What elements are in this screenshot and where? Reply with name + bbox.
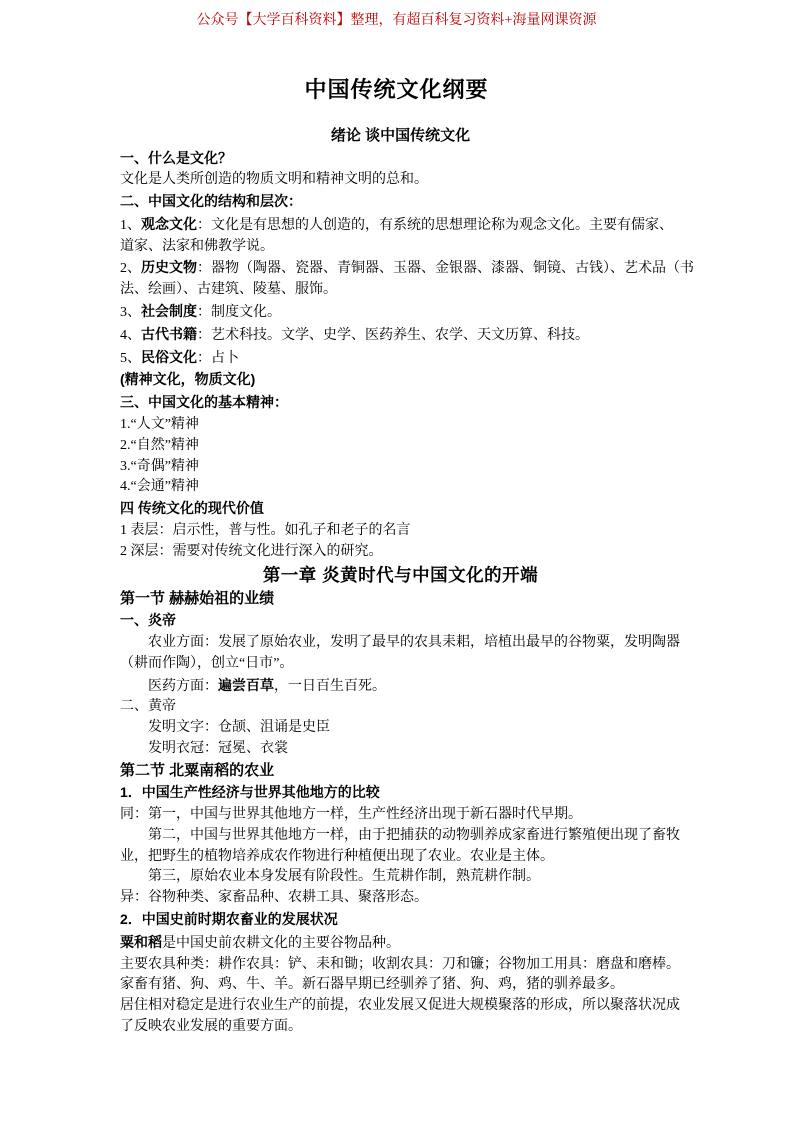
- doc-line: 第一章 炎黄时代与中国文化的开端: [120, 563, 681, 588]
- doc-line: 2.“自然”精神: [120, 436, 681, 457]
- doc-text: 3.“奇偶”精神: [120, 459, 199, 474]
- doc-text: ：制度文化。: [197, 305, 281, 320]
- doc-line: 法、绘画）、古建筑、陵墓、服饰。: [120, 280, 681, 301]
- doc-line: 5、民俗文化：占卜: [120, 347, 681, 370]
- doc-line: 发明文字：仓颉、沮诵是史臣: [120, 718, 681, 739]
- doc-text-bold: 第二节 北粟南稻的农业: [120, 762, 274, 779]
- doc-text: 4、: [120, 328, 141, 343]
- doc-line: 主要农具种类：耕作农具：铲、耒和锄；收割农具：刀和镰；谷物加工用具：磨盘和磨棒。: [120, 955, 681, 976]
- doc-text: ：文化是有思想的人创造的，有系统的思想理论称为观念文化。主要有儒家、: [197, 218, 673, 233]
- doc-text-bold: 第一节 赫赫始祖的业绩: [120, 590, 274, 607]
- doc-line: 1.“人文”精神: [120, 415, 681, 436]
- doc-line: 3、社会制度：制度文化。: [120, 301, 681, 324]
- doc-line: 1 表层：启示性，普与性。如孔子和老子的名言: [120, 521, 681, 542]
- doc-text: （耕而作陶），创立“日市”。: [120, 656, 293, 671]
- doc-line: 三、中国文化的基本精神：: [120, 392, 681, 415]
- doc-text-bold: 社会制度: [141, 303, 197, 319]
- doc-line: 二、中国文化的结构和层次：: [120, 191, 681, 214]
- doc-text-bold: 四 传统文化的现代价值: [120, 500, 264, 516]
- doc-text-bold: 一、炎帝: [120, 612, 176, 628]
- doc-text: 发明文字：仓颉、沮诵是史臣: [148, 720, 330, 735]
- doc-text: 是中国史前农耕文化的主要谷物品种。: [162, 936, 400, 951]
- doc-text: 业，把野生的植物培养成农作物进行种植便出现了农业。农业是主体。: [120, 849, 554, 864]
- doc-text: 家畜有猪、狗、鸡、牛、羊。新石器早期已经驯养了猪、狗、鸡，猪的驯养最多。: [120, 977, 624, 992]
- doc-text: 异：谷物种类、家畜品种、农耕工具、聚落形态。: [120, 890, 428, 905]
- doc-text: 二、黄帝: [120, 699, 176, 714]
- doc-text-bold: 三、中国文化的基本精神：: [120, 394, 288, 410]
- doc-line: (精神文化，物质文化): [120, 369, 681, 392]
- doc-text-bold: 民俗文化: [141, 349, 197, 365]
- doc-text: 2.“自然”精神: [120, 438, 199, 453]
- doc-line: 4.“会通”精神: [120, 477, 681, 498]
- doc-line: 农业方面：发展了原始农业，发明了最早的农具耒耜，培植出最早的谷物粟，发明陶器: [120, 633, 681, 654]
- doc-line: 业，把野生的植物培养成农作物进行种植便出现了农业。农业是主体。: [120, 847, 681, 868]
- doc-line: 二、黄帝: [120, 697, 681, 718]
- doc-text: 1 表层：启示性，普与性。如孔子和老子的名言: [120, 523, 411, 538]
- doc-text: 第二，中国与世界其他地方一样，由于把捕获的动物驯养成家畜进行繁殖便出现了畜牧: [148, 828, 680, 843]
- doc-text: 居住相对稳定是进行农业生产的前提，农业发展又促进大规模聚落的形成，所以聚落状况成: [120, 998, 680, 1013]
- doc-line: 4、古代书籍：艺术科技。文学、史学、医药养生、农学、天文历算、科技。: [120, 324, 681, 347]
- doc-text: 法、绘画）、古建筑、陵墓、服饰。: [120, 282, 337, 297]
- doc-text: 主要农具种类：耕作农具：铲、耒和锄；收割农具：刀和镰；谷物加工用具：磨盘和磨棒。: [120, 957, 680, 972]
- doc-line: 居住相对稳定是进行农业生产的前提，农业发展又促进大规模聚落的形成，所以聚落状况成: [120, 996, 681, 1017]
- doc-text-bold: 第一章 炎黄时代与中国文化的开端: [263, 565, 538, 585]
- doc-line: 绪论 谈中国传统文化: [120, 125, 681, 148]
- doc-text: 1.“人文”精神: [120, 417, 199, 432]
- doc-text: 文化是人类所创造的物质文明和精神文明的总和。: [120, 172, 428, 187]
- doc-line: 文化是人类所创造的物质文明和精神文明的总和。: [120, 170, 681, 191]
- doc-line: 了反映农业发展的重要方面。: [120, 1017, 681, 1038]
- doc-text: 道家、法家和佛教学说。: [120, 239, 274, 254]
- doc-text: ：占卜: [197, 351, 239, 366]
- doc-text-bold: 2．中国史前时期农畜业的发展状况: [120, 911, 338, 927]
- doc-line: 发明衣冠：冠冕、衣裳: [120, 739, 681, 760]
- doc-line: 第三，原始农业本身发展有阶段性。生荒耕作制，熟荒耕作制。: [120, 867, 681, 888]
- doc-line: 异：谷物种类、家畜品种、农耕工具、聚落形态。: [120, 888, 681, 909]
- doc-text: 了反映农业发展的重要方面。: [120, 1019, 302, 1034]
- doc-text: 第三，原始农业本身发展有阶段性。生荒耕作制，熟荒耕作制。: [148, 869, 540, 884]
- doc-text-bold: 粟和稻: [120, 934, 162, 950]
- doc-text: 2、: [120, 261, 141, 276]
- doc-line: 2、历史文物：器物（陶器、瓷器、青铜器、玉器、金银器、漆器、铜镜、古钱）、艺术品…: [120, 257, 681, 280]
- doc-line: 一、什么是文化？: [120, 148, 681, 171]
- doc-text: ：艺术科技。文学、史学、医药养生、农学、天文历算、科技。: [197, 328, 589, 343]
- doc-text-bold: 绪论 谈中国传统文化: [331, 127, 470, 144]
- doc-line: 医药方面：遍尝百草，一日百生百死。: [120, 675, 681, 698]
- doc-line: 一、炎帝: [120, 610, 681, 633]
- doc-text: 4.“会通”精神: [120, 479, 199, 494]
- doc-text-bold: 古代书籍: [141, 326, 197, 342]
- doc-text: ，一日百生百死。: [274, 679, 386, 694]
- doc-line: 第一节 赫赫始祖的业绩: [120, 588, 681, 611]
- doc-line: 第二节 北粟南稻的农业: [120, 760, 681, 783]
- doc-line: 2 深层：需要对传统文化进行深入的研究。: [120, 542, 681, 563]
- doc-text: 5、: [120, 351, 141, 366]
- page-title: 中国传统文化纲要: [0, 73, 793, 104]
- doc-line: 粟和稻是中国史前农耕文化的主要谷物品种。: [120, 932, 681, 955]
- doc-line: 3.“奇偶”精神: [120, 457, 681, 478]
- doc-text-bold: 历史文物: [141, 259, 197, 275]
- doc-text-bold: 二、中国文化的结构和层次：: [120, 193, 302, 209]
- doc-text: 农业方面：发展了原始农业，发明了最早的农具耒耜，培植出最早的谷物粟，发明陶器: [148, 635, 680, 650]
- doc-line: 2．中国史前时期农畜业的发展状况: [120, 909, 681, 932]
- doc-line: 1、观念文化：文化是有思想的人创造的，有系统的思想理论称为观念文化。主要有儒家、: [120, 214, 681, 237]
- doc-line: 四 传统文化的现代价值: [120, 498, 681, 521]
- doc-text: 发明衣冠：冠冕、衣裳: [148, 741, 288, 756]
- doc-text: ：器物（陶器、瓷器、青铜器、玉器、金银器、漆器、铜镜、古钱）、艺术品（书: [197, 261, 694, 276]
- document-page: 公众号【大学百科资料】整理，有超百科复习资料+海量网课资源 中国传统文化纲要 绪…: [0, 0, 793, 1122]
- doc-text-bold: 1．中国生产性经济与世界其他地方的比较: [120, 784, 380, 800]
- doc-line: 家畜有猪、狗、鸡、牛、羊。新石器早期已经驯养了猪、狗、鸡，猪的驯养最多。: [120, 975, 681, 996]
- doc-text-bold: 观念文化: [141, 216, 197, 232]
- doc-line: 1．中国生产性经济与世界其他地方的比较: [120, 782, 681, 805]
- doc-line: 同：第一，中国与世界其他地方一样，生产性经济出现于新石器时代早期。: [120, 805, 681, 826]
- doc-line: 第二，中国与世界其他地方一样，由于把捕获的动物驯养成家畜进行繁殖便出现了畜牧: [120, 826, 681, 847]
- doc-line: （耕而作陶），创立“日市”。: [120, 654, 681, 675]
- doc-text: 1、: [120, 218, 141, 233]
- doc-text: 3、: [120, 305, 141, 320]
- doc-text-bold: 一、什么是文化？: [120, 150, 232, 166]
- promo-header: 公众号【大学百科资料】整理，有超百科复习资料+海量网课资源: [0, 0, 793, 29]
- doc-line: 道家、法家和佛教学说。: [120, 237, 681, 258]
- doc-text-bold: (精神文化，物质文化): [120, 371, 255, 387]
- doc-text: 医药方面：: [148, 679, 218, 694]
- doc-text-bold: 遍尝百草: [218, 677, 274, 693]
- doc-text: 2 深层：需要对传统文化进行深入的研究。: [120, 544, 383, 559]
- doc-text: 同：第一，中国与世界其他地方一样，生产性经济出现于新石器时代早期。: [120, 807, 582, 822]
- document-body: 绪论 谈中国传统文化一、什么是文化？文化是人类所创造的物质文明和精神文明的总和。…: [120, 125, 681, 1038]
